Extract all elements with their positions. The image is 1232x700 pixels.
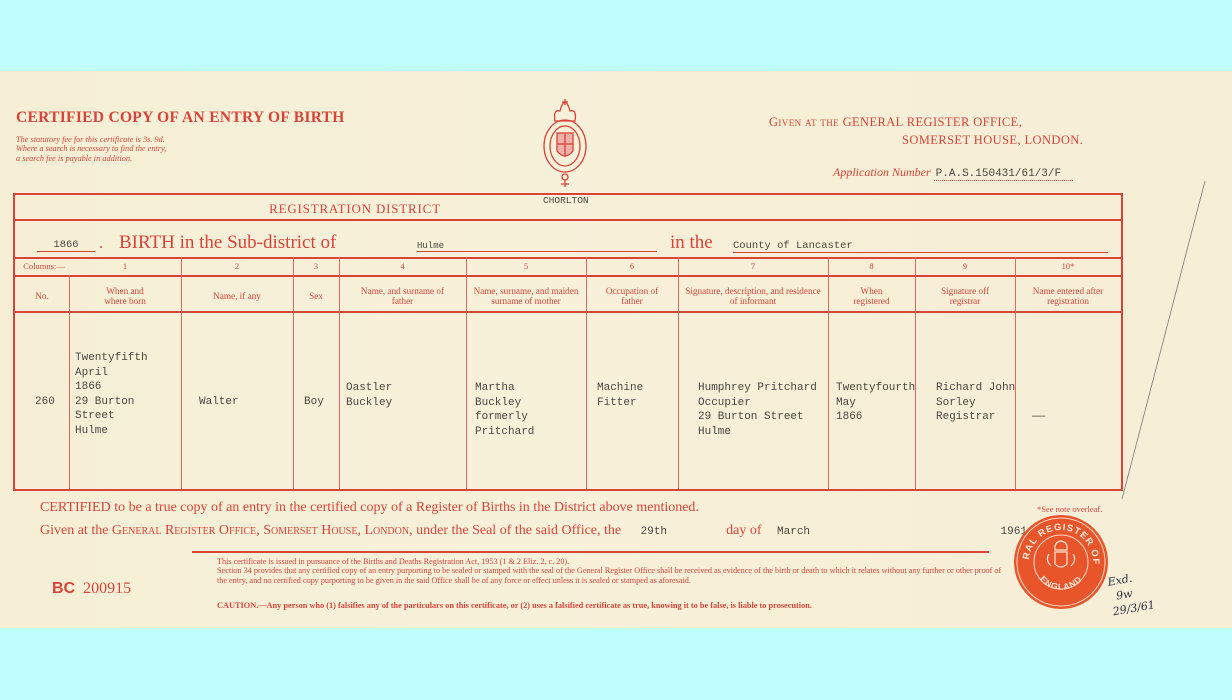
day-of-label: day of [726, 523, 761, 538]
application-number-row: Application Number P.A.S.150431/61/3/F [833, 165, 1073, 180]
serial-prefix: BC [52, 580, 75, 597]
caution-notice: CAUTION.—Any person who (1) falsifies an… [217, 601, 812, 610]
certified-day: 29th [641, 526, 711, 538]
column-header-name: Name, if any [181, 278, 293, 314]
in-the-label: in the [670, 232, 713, 254]
entry-name: Walter [199, 395, 239, 410]
given-at-line2: SOMERSET HOUSE, LONDON. [902, 133, 1083, 148]
county-value: County of Lancaster [733, 240, 1108, 253]
column-header-name-after-registration: Name entered after registration [1015, 278, 1121, 314]
column-header-informant: Signature, description, and residence of… [678, 278, 828, 314]
column-number: 1 [69, 261, 181, 271]
see-note-overleaf: *See note overleaf. [1037, 504, 1102, 514]
column-number: 8 [828, 261, 915, 271]
column-number: 9 [915, 261, 1015, 271]
legal-act-line: This certificate is issued in pursuance … [217, 557, 1007, 566]
column-number: 4 [339, 261, 466, 271]
birth-certificate: CERTIFIED COPY OF AN ENTRY OF BIRTH The … [0, 71, 1232, 628]
register-entry-table: REGISTRATION DISTRICT CHORLTON 1866 . BI… [13, 193, 1123, 491]
pencil-strike-line [1120, 181, 1210, 501]
column-header-sex: Sex [293, 278, 339, 314]
columns-label: Columns:— [19, 261, 69, 271]
registration-district-value: CHORLTON [543, 195, 589, 206]
given-at-statement: Given at the General Register Office, So… [40, 523, 1034, 539]
column-number: 10* [1015, 261, 1121, 271]
handwritten-annotation: Exd. 9w 29/3/61 [1106, 568, 1156, 620]
column-header-occupation: Occupation of father [586, 278, 678, 314]
column-header-mother: Name, surname, and maiden surname of mot… [466, 278, 586, 314]
royal-coat-of-arms-icon [540, 99, 590, 189]
certified-word: CERTIFIED [40, 500, 111, 515]
entry-mother: Martha Buckley formerly Pritchard [475, 381, 534, 439]
register-year: 1866 [37, 239, 95, 252]
entry-when-where-born: Twentyfifth April 1866 29 Burton Street … [75, 351, 148, 438]
entry-occupation: Machine Fitter [597, 381, 643, 410]
fee-note-line: The statutory fee for this certificate i… [16, 135, 166, 144]
column-number: 7 [678, 261, 828, 271]
entry-father: Oastler Buckley [346, 381, 392, 410]
application-label: Application Number [833, 165, 931, 179]
column-number: 6 [586, 261, 678, 271]
application-number: P.A.S.150431/61/3/F [934, 168, 1073, 181]
column-header-registrar: Signature off registrar [915, 278, 1015, 314]
column-header-when-where-born: When and where born [69, 278, 181, 314]
given-at-text: Given at the [40, 523, 112, 538]
certified-statement-text: to be a true copy of an entry in the cer… [111, 500, 699, 515]
entry-number: 260 [35, 395, 55, 410]
legal-section-34: Section 34 provides that any certified c… [217, 566, 1007, 585]
fee-note: The statutory fee for this certificate i… [16, 135, 166, 163]
given-at-line1: Given at the GENERAL REGISTER OFFICE, [769, 115, 1022, 130]
column-header-father: Name, and surname of father [339, 278, 466, 314]
fee-note-line: Where a search is necessary to find the … [16, 144, 166, 153]
entry-informant: Humphrey Pritchard Occupier 29 Burton St… [698, 381, 817, 439]
entry-name-after-registration: —— [1032, 410, 1045, 425]
certificate-title: CERTIFIED COPY OF AN ENTRY OF BIRTH [16, 109, 345, 127]
under-seal-text: under the Seal of the said Office, the [413, 523, 622, 538]
general-register-office-seal-icon: GENERAL REGISTER OFFICE ENGLAND [1013, 514, 1109, 610]
legal-notice: This certificate is issued in pursuance … [217, 557, 1007, 585]
office-name: General Register Office, Somerset House,… [112, 523, 413, 538]
column-header-when-registered: When registered [828, 278, 915, 314]
certified-month: March [777, 526, 997, 538]
serial-digits: 200915 [83, 580, 131, 597]
fee-note-line: a search fee is payable in addition. [16, 154, 166, 163]
entry-when-registered: Twentyfourth May 1866 [836, 381, 915, 425]
certified-statement: CERTIFIED to be a true copy of an entry … [40, 500, 699, 516]
entry-registrar: Richard John Sorley Registrar [936, 381, 1015, 425]
entry-sex: Boy [304, 395, 324, 410]
birth-subdistrict-label: BIRTH in the Sub-district of [119, 232, 336, 254]
year-dot: . [99, 235, 103, 253]
registration-district-label: REGISTRATION DISTRICT [15, 201, 695, 217]
serial-number: BC 200915 [52, 580, 131, 598]
column-number: 2 [181, 261, 293, 271]
divider-rule [192, 551, 989, 553]
column-number: 5 [466, 261, 586, 271]
column-header-no: No. [15, 278, 69, 314]
column-number: 3 [293, 261, 339, 271]
subdistrict-value: Hulme [417, 241, 657, 252]
